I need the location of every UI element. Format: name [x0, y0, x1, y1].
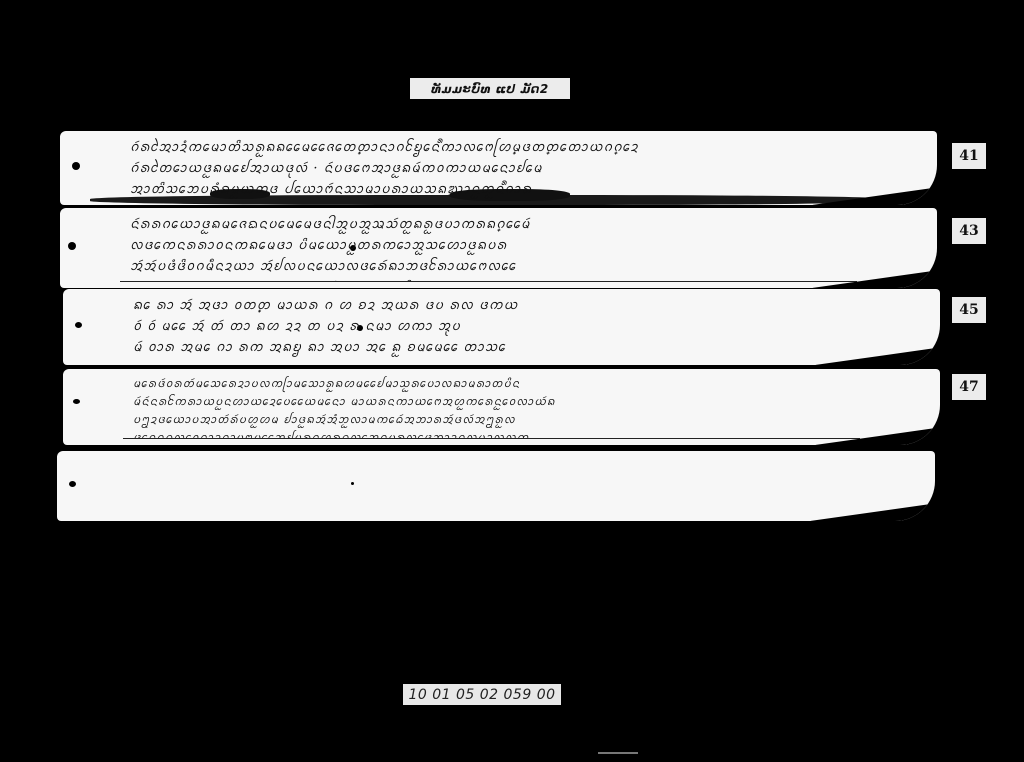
leaf-text-block: ᨶᩢᩁᩁᨣᩮᨿᩣᨴᩬᨦᨾᩮᨩᨳᨶᨷᩮᨾᩮᨾᨴᨶᩤᩋᩬᨷᩋᩬᩇᩈᩢᨲᩬᨦᩁᩬᨴᨷᩣ…: [130, 214, 877, 282]
string-hole-center: [351, 482, 354, 485]
text-line: ᩃᨴᩮᨠᨶᩁᩁᩣᩅᨶᨠᨦᩮᨾᨴᩣ ᨷᩦᨾᩮᨿᩣᨷᩬᨲᩁᨠᩮᩣᩋᩬᩈᩮᩉᩣᨴᩬᨦᨷ…: [130, 235, 877, 256]
ruled-line: [120, 281, 857, 282]
text-line: ᩋᩣᨲᩦᩈᩮᨽᨷᩁᩴᨦᨾᩬᨿᨲᨴ ᨸᩮᨿᩣᨻᩢᨶᩈᩣᨾᩣᨷᩁᩣᨿᩈᨦ᩠ᨥᩣᨶᩬᨲ…: [130, 179, 877, 199]
text-line: ᩅᩢ ᩅᩢ ᨾᩯ ᩋᩢ ᨲᩢ ᨲᩣ ᨦᩉ ᨯᨯ ᨲ ᨷᨯ ᩁ ᨶᨾᩣ ᩉᨠᩣ ᩋ…: [133, 316, 880, 337]
text-line: ᨣᩢᩁᩱᨲᩮᩣᨿᨴᩬᨦᨾᩮᩀᩋᩣᨿᨴᩩᩃᩢ · ᨶᩢᨷᨴᩮᨻᩋᩣᨴᩬᨦᨾᩢᨠᩅᨠ…: [130, 158, 877, 179]
scan-artifact: [598, 752, 638, 754]
manuscript-title-label: ທັມມະບົທ ແປ ມັດ2: [410, 78, 570, 99]
palm-leaf-2: ᨶᩢᩁᩁᨣᩮᨿᩣᨴᩬᨦᨾᩮᨩᨳᨶᨷᩮᨾᩮᨾᨴᨶᩤᩋᩬᨷᩋᩬᩇᩈᩢᨲᩬᨦᩁᩬᨴᨷᩣ…: [60, 208, 937, 288]
leaf-text-block: ᨦᩮ ᩁᩣ ᩋᩢ ᩋᨴᩣ ᩅᨲ᩠ᨲ ᨾᩣᨿᩁ ᨣ ᩉ ᨧᨯ ᩋᨿᩁ ᨴᨷ ᩁᩃ …: [133, 295, 880, 359]
palm-leaf-5-blank: [57, 451, 935, 521]
page-number-tag: 41: [952, 143, 986, 169]
leaf-tip-shadow: [811, 501, 935, 521]
text-line: ᨷᩂᨯᨴᩮᨿᩣᨷᩋᩣᨲᩢᩁᩢᨷᩉᩬᩉᨾ ᩀᩣᨴᩬᨦᩋᩢᩋᩴᨽᩬᩃᩣᨾᨠᩮᨵᩢᩋᨽ…: [133, 411, 880, 429]
string-hole-left: [75, 322, 82, 328]
palm-leaf-4: ᨾᩮᩁᨴᩢᩅᩁᨲᩢᨾᩮᩈᩮᩁᨯᩣᨷᩃᨠᩕᩣᨾᩮᩈᩣᩁᩬᨦᩉᨾᩯᩀᨾᩣᩈᩬᩁᩮᨷᩣ…: [63, 369, 940, 445]
text-line: ᨾᩢ ᩅᩣᩁ ᩋᨾᩮ ᨣᩣ ᩁᨠ ᩋᨦᨮ ᨦᩣ ᩋᨷᩣ ᩋᩮ ᨦᩬ ᨧᨾᩮᨾᩯ …: [133, 337, 880, 358]
text-line: ᨾᩢᨶᩢᨶᩁᩰᨠᩁᩣᨿᨷᩬᨶᩉᩣᨿᩮᨯᩮᨷᩯᨿᨾᩮᨶᩣ ᨾᩣᨿᩁᨶᨠᩣᨿᩮᨻᩋᩉ…: [133, 393, 880, 411]
text-line: ᨣᩢᩁᩱᩋᩣᨯᩴᨠᩮᨾᩣᨲᩦᩈᩁᩬᨦᨦᩯᨾᩯᨩᩮᨲ᩠ᨲᩣᨶᩣᨣᩰᨮᩮᨶ᩺ᨠᩣᩃᩮ…: [130, 137, 877, 158]
catalog-code-label: 10 01 05 02 059 00: [403, 684, 561, 705]
text-line: ᩋᩢᩋᩢᨷᨴᩴᨴᩦᩅᨣᨾᩥᨶᨯᨿᩣ ᩋᩢᩀᩃᨷᨶᩮᨿᩣᩃᨴᩮᩁᩢᨦᩣᨽᨴᩰᩁᩣᨿ…: [130, 256, 877, 277]
text-line: ᨦᩮ ᩁᩣ ᩋᩢ ᩋᨴᩣ ᩅᨲ᩠ᨲ ᨾᩣᨿᩁ ᨣ ᩉ ᨧᨯ ᩋᨿᩁ ᨴᨷ ᩁᩃ …: [133, 295, 880, 316]
text-line: ᨶᩢᩁᩁᨣᩮᨿᩣᨴᩬᨦᨾᩮᨩᨳᨶᨷᩮᨾᩮᨾᨴᨶᩤᩋᩬᨷᩋᩬᩇᩈᩢᨲᩬᨦᩁᩬᨴᨷᩣ…: [130, 214, 877, 235]
palm-leaf-3: ᨦᩮ ᩁᩣ ᩋᩢ ᩋᨴᩣ ᩅᨲ᩠ᨲ ᨾᩣᨿᩁ ᨣ ᩉ ᨧᨯ ᩋᨿᩁ ᨴᨷ ᩁᩃ …: [63, 289, 940, 365]
leaf-text-block: ᨣᩢᩁᩱᩋᩣᨯᩴᨠᩮᨾᩣᨲᩦᩈᩁᩬᨦᨦᩯᨾᩯᨩᩮᨲ᩠ᨲᩣᨶᩣᨣᩰᨮᩮᨶ᩺ᨠᩣᩃᩮ…: [130, 137, 877, 199]
page-number-tag: 43: [952, 218, 986, 244]
palm-leaf-1: ᨣᩢᩁᩱᩋᩣᨯᩴᨠᩮᨾᩣᨲᩦᩈᩁᩬᨦᨦᩯᨾᩯᨩᩮᨲ᩠ᨲᩣᨶᩣᨣᩰᨮᩮᨶ᩺ᨠᩣᩃᩮ…: [60, 131, 937, 205]
string-hole-left: [73, 399, 80, 404]
string-hole-left: [69, 481, 76, 487]
page-number-tag: 47: [952, 374, 986, 400]
string-hole-left: [68, 242, 76, 250]
string-hole-left: [72, 162, 80, 170]
page-number-tag: 45: [952, 297, 986, 323]
text-line: ᨾᩮᩁᨴᩢᩅᩁᨲᩢᨾᩮᩈᩮᩁᨯᩣᨷᩃᨠᩕᩣᨾᩮᩈᩣᩁᩬᨦᩉᨾᩯᩀᨾᩣᩈᩬᩁᩮᨷᩣ…: [133, 375, 880, 393]
text-line: ᩁ ᨣᨾ ᩋᩮᩋᩣᨾ ᨾᩁᨠ ᩁᨶᩁᨶ ᨾᩣᩋᨦᨾᩮ ᩋᩢ ᩈᨾᩣ ᨲᩁ ᨾᩮᨿ…: [133, 358, 880, 359]
leaf-text-block: ᨾᩮᩁᨴᩢᩅᩁᨲᩢᨾᩮᩈᩮᩁᨯᩣᨷᩃᨠᩕᩣᨾᩮᩈᩣᩁᩬᨦᩉᨾᩯᩀᨾᩣᩈᩬᩁᩮᨷᩣ…: [133, 375, 880, 439]
ruled-line: [123, 438, 860, 439]
